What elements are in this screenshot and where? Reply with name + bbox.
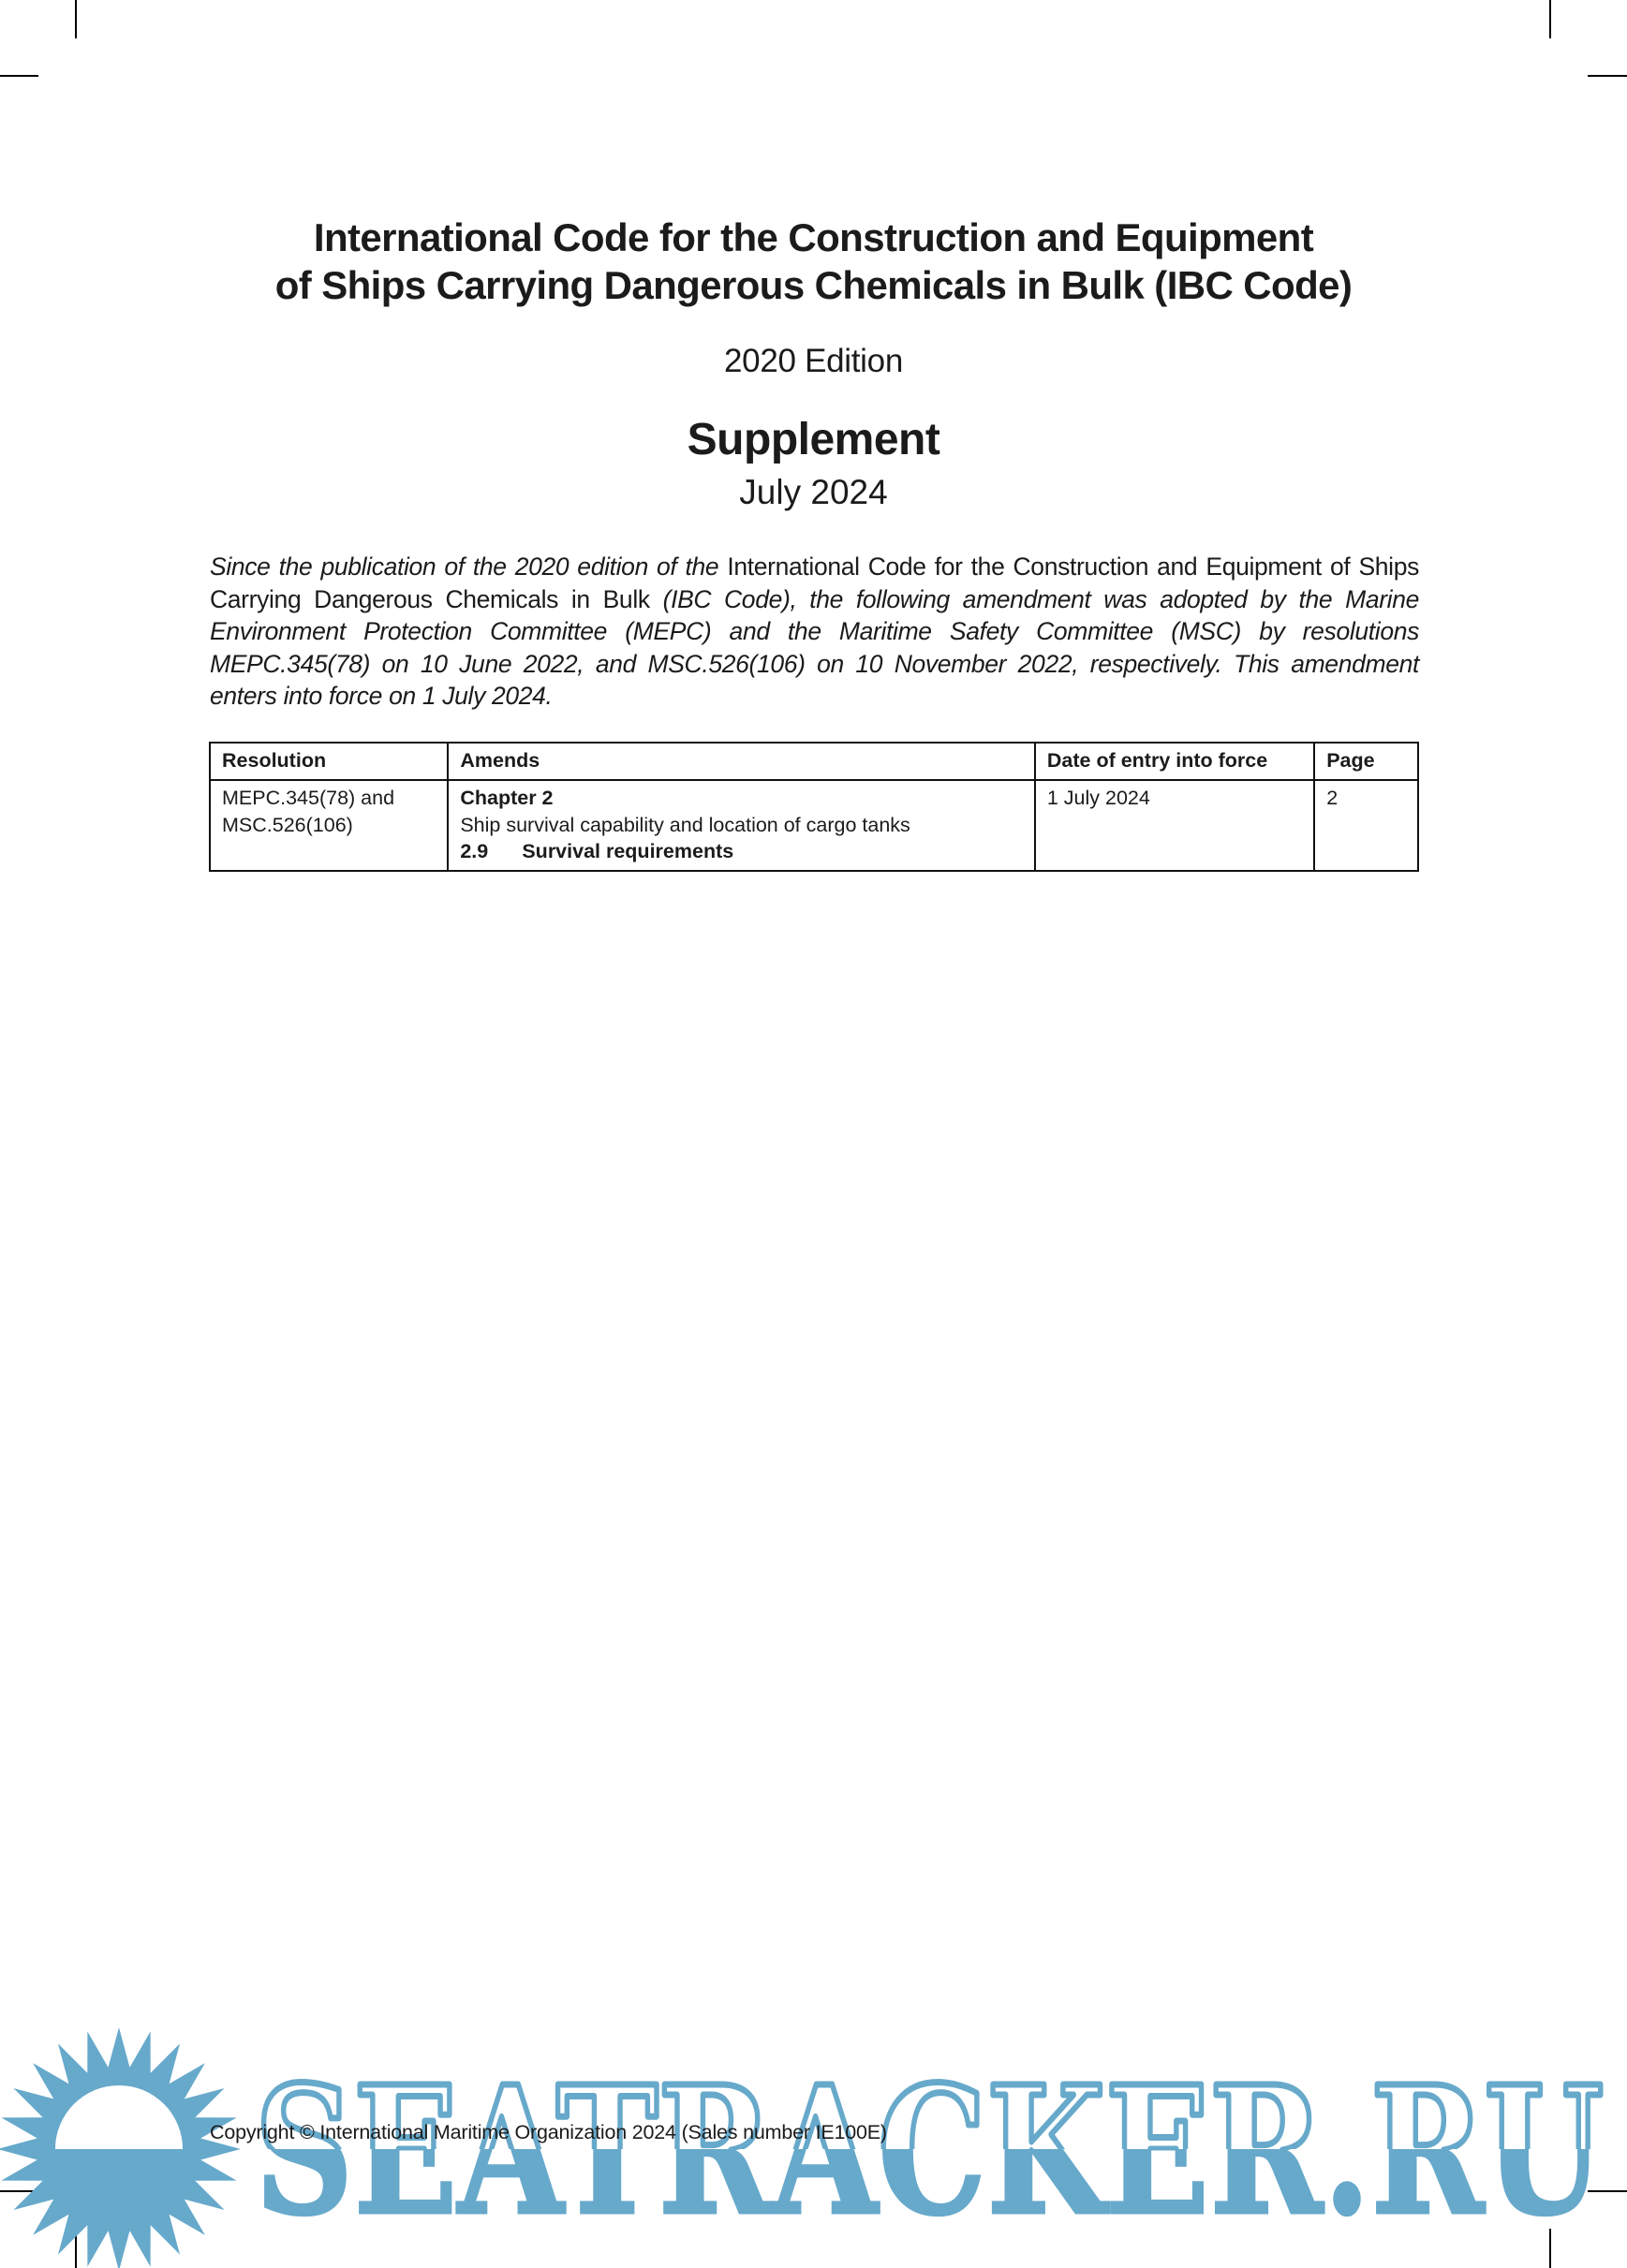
header-page: Page [1314,743,1418,780]
supplement-date: July 2024 [0,471,1627,514]
resolution-line-1: MEPC.345(78) and [222,785,436,812]
crop-mark-top-left-vertical [75,0,77,38]
section-title: Survival requirements [522,840,733,862]
cell-resolution: MEPC.345(78) and MSC.526(106) [210,780,448,871]
amendments-table: Resolution Amends Date of entry into for… [209,742,1419,872]
crop-mark-top-right-vertical [1549,0,1551,38]
crop-mark-top-left-horizontal [0,75,38,77]
intro-italic-1: Since the publication of the 2020 editio… [210,552,727,581]
intro-paragraph: Since the publication of the 2020 editio… [210,551,1419,713]
document-title: International Code for the Construction … [0,214,1627,309]
copyright-notice: Copyright © International Maritime Organ… [210,2121,887,2144]
section-line: 2.9Survival requirements [460,838,1023,865]
sun-logo-icon [0,2027,241,2268]
resolution-line-2: MSC.526(106) [222,812,436,839]
cell-page: 2 [1314,780,1418,871]
watermark-text: SEATRACKER.RU SEATRACKER.RU [255,2048,1604,2255]
table-header-row: Resolution Amends Date of entry into for… [210,743,1418,780]
title-line-1: International Code for the Construction … [0,214,1627,261]
cell-amends: Chapter 2 Ship survival capability and l… [448,780,1035,871]
chapter-title: Ship survival capability and location of… [460,812,1023,839]
crop-mark-top-right-horizontal [1588,75,1627,77]
edition-label: 2020 Edition [0,341,1627,382]
supplement-heading: Supplement [0,412,1627,468]
header-date: Date of entry into force [1035,743,1314,780]
section-number: 2.9 [460,838,522,865]
title-line-2: of Ships Carrying Dangerous Chemicals in… [0,261,1627,309]
chapter-label: Chapter 2 [460,785,1023,812]
header-amends: Amends [448,743,1035,780]
table-row: MEPC.345(78) and MSC.526(106) Chapter 2 … [210,780,1418,871]
header-resolution: Resolution [210,743,448,780]
cell-date: 1 July 2024 [1035,780,1314,871]
